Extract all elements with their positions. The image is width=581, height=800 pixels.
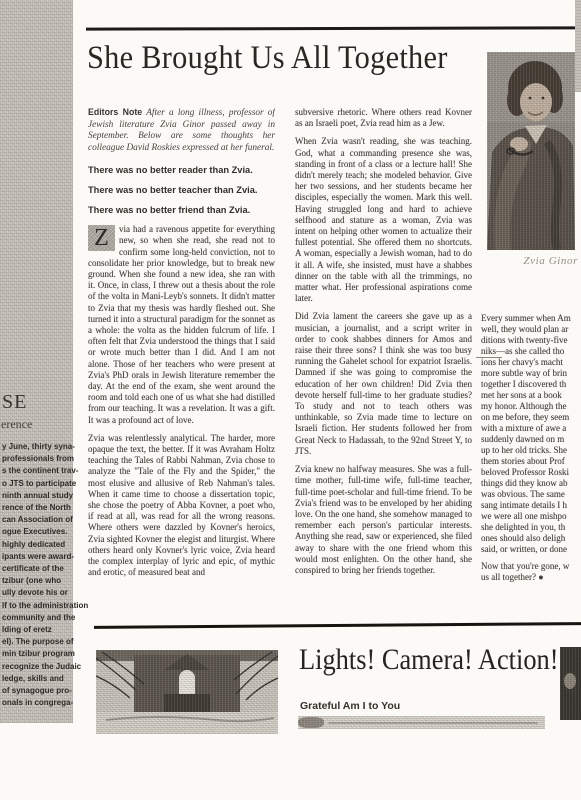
column-3-line: she delighted in you, th — [481, 522, 581, 533]
column-3-line: on me before, they seem — [481, 412, 581, 423]
column-3-line: them stories about Prof — [481, 456, 581, 467]
column-3-line: beloved Professor Roski — [481, 467, 581, 478]
sidebar-text-line: ipants were award- — [2, 551, 72, 563]
article-paragraph: subversive rhetoric. Where others read K… — [295, 107, 472, 129]
top-rule — [86, 26, 575, 30]
photo-sliver-detail — [298, 717, 324, 728]
column-3-line: up to her old tricks. She — [481, 445, 581, 456]
column-3-line: ions her chavy's macht — [481, 357, 581, 368]
scan-artifact-line — [476, 357, 502, 358]
article-paragraph: Zvia had a ravenous appetite for everyth… — [88, 224, 275, 426]
sidebar-texture-strip: SE erence y June, thirty syna-profession… — [0, 0, 73, 723]
column-3-line: well, they would plan ar — [481, 324, 581, 335]
intro-line: There was no better reader than Zvia. — [88, 165, 275, 176]
column-3-line: more subtle way of brin — [481, 368, 581, 379]
article-paragraph: When Zvia wasn't reading, she was teachi… — [295, 136, 472, 304]
portrait-caption: Zvia Ginor — [500, 255, 578, 267]
drop-cap: Z — [88, 225, 115, 251]
article-paragraph: Did Zvia lament the careers she gave up … — [295, 311, 472, 457]
sidebar-text-line: rence of the North — [2, 502, 72, 514]
page-edge-texture — [575, 0, 581, 92]
intro-line: There was no better teacher than Zvia. — [88, 185, 275, 196]
column-3-lines: Every summer when Amwell, they would pla… — [481, 313, 581, 555]
sidebar-text-line: el). The purpose of — [2, 636, 72, 648]
article-column-2: subversive rhetoric. Where others read K… — [295, 107, 472, 624]
sidebar-text-line: of synagogue pro- — [2, 685, 72, 697]
column-3-line: things did they know ab — [481, 478, 581, 489]
column-3-line: met her sons at a book — [481, 390, 581, 401]
column-3-line: suddenly dawned on m — [481, 434, 581, 445]
building-photo-illustration — [96, 650, 278, 734]
sidebar-article-text: y June, thirty syna-professionals froms … — [2, 441, 72, 709]
sidebar-text-line: can Association of — [2, 514, 72, 526]
sidebar-text-line: ninth annual study — [2, 490, 72, 502]
editors-note-label: Editors Note — [88, 107, 142, 117]
column-3-line: Every summer when Am — [481, 313, 581, 324]
article-paragraph: Zvia knew no halfway measures. She was a… — [295, 464, 472, 576]
column-3-line: Now that you're gone, w — [481, 561, 581, 572]
sidebar-text-line: lding of eretz — [2, 624, 72, 636]
column-3-line: niks—as she called tho — [481, 346, 581, 357]
sidebar-text-line: highly dedicated — [2, 539, 72, 551]
sidebar-headline-fragment-top: SE — [2, 391, 27, 414]
column-3-line: ditions with twenty-five — [481, 335, 581, 346]
column-3-line: was obvious. The same — [481, 489, 581, 500]
sidebar-text-line: recognize the Judaic — [2, 661, 72, 673]
sidebar-text-line: onals in congrega- — [2, 697, 72, 709]
portrait-photo-illustration — [487, 52, 575, 250]
sidebar-text-line: o JTS to participate — [2, 478, 72, 490]
sidebar-text-line: certificate of the — [2, 563, 72, 575]
paragraph-text: via had a ravenous appetite for everythi… — [88, 224, 275, 424]
sidebar-text-line: y June, thirty syna- — [2, 441, 72, 453]
corner-photo-fragment — [560, 647, 581, 720]
column-3-line: us all together? ● — [481, 572, 581, 583]
scanned-newsletter-page: SE erence y June, thirty syna-profession… — [0, 0, 581, 800]
column-3-closing-lines: Now that you're gone, wus all together? … — [481, 561, 581, 583]
article-paragraph: Zvia was relentlessly analytical. The ha… — [88, 433, 275, 579]
intro-line: There was no better friend than Zvia. — [88, 205, 275, 216]
sidebar-text-line: community and the — [2, 612, 72, 624]
sidebar-text-line: ogue Executives. — [2, 526, 72, 538]
sidebar-headline-fragment-bottom: erence — [1, 417, 32, 432]
bottom-article-subhead: Grateful Am I to You — [300, 700, 400, 712]
column-3-line: with a mixture of awe a — [481, 423, 581, 434]
column-3-line: together I discovered th — [481, 379, 581, 390]
sidebar-text-line: tzibur (one who — [2, 575, 72, 587]
sidebar-text-line: professionals from — [2, 453, 72, 465]
sidebar-text-line: ully devote his or — [2, 587, 72, 599]
sidebar-text-line: ledge, skills and — [2, 673, 72, 685]
sidebar-text-line: lf to the administration — [2, 600, 72, 612]
column-3-line: sang intimate details I h — [481, 500, 581, 511]
intro-lines: There was no better reader than Zvia.The… — [88, 165, 275, 215]
article-column-1: Editors Note After a long illness, profe… — [88, 107, 275, 624]
photo-sliver — [298, 716, 545, 729]
article-column-3: Every summer when Amwell, they would pla… — [481, 313, 581, 583]
corner-photo-highlight — [564, 673, 576, 689]
column-3-line: ones should also deligh — [481, 533, 581, 544]
sidebar-text-line: min tzibur program — [2, 648, 72, 660]
article-title: She Brought Us All Together — [87, 40, 448, 77]
column-3-line: said, or written, or done — [481, 544, 581, 555]
column-3-line: we were all one mishpo — [481, 511, 581, 522]
editors-note: Editors Note After a long illness, profe… — [88, 107, 275, 154]
sidebar-text-line: s the continent trav- — [2, 465, 72, 477]
building-photo — [96, 650, 278, 734]
bottom-article-title: Lights! Camera! Action! — [299, 643, 559, 677]
portrait-photo — [487, 52, 575, 250]
column-3-line: my honor. Although the — [481, 401, 581, 412]
photo-sliver-detail — [328, 722, 538, 724]
